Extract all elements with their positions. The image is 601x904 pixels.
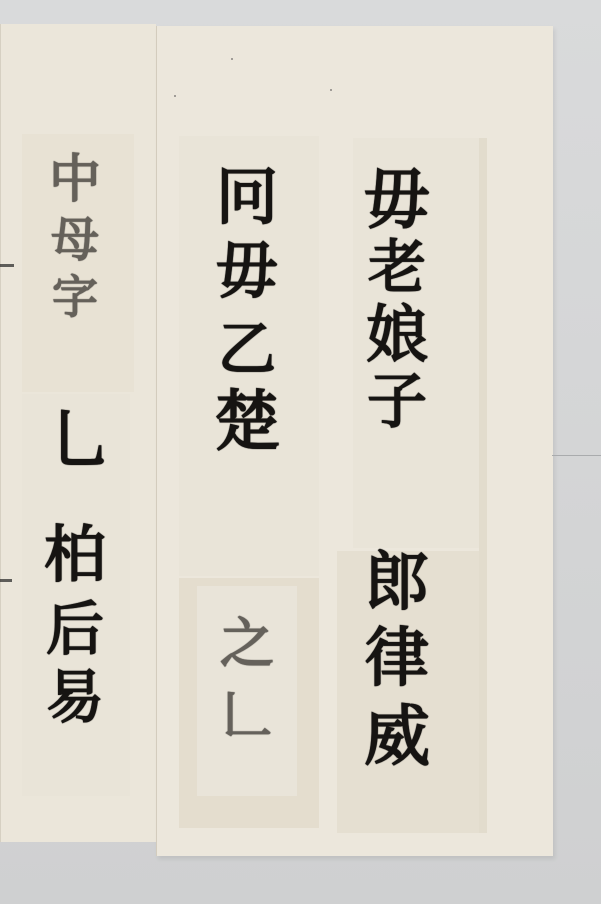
paper-speck <box>231 58 233 60</box>
character: 律 <box>365 627 429 691</box>
left-album-page: 中 母 字 乚 柏 后 易 <box>0 24 156 842</box>
character: 冋 <box>216 166 278 228</box>
character: 中 <box>49 154 101 206</box>
character: 老 <box>368 238 426 296</box>
background-fold-line <box>552 455 601 456</box>
character: 母 <box>51 216 99 264</box>
character: 乚 <box>48 409 112 473</box>
paper-speck <box>330 89 332 91</box>
character: 楚 <box>214 388 280 454</box>
character: 毋 <box>216 240 278 302</box>
character: 乙 <box>218 320 276 378</box>
character: 𠃊 <box>222 690 272 740</box>
character: 郎 <box>365 551 429 615</box>
character: 字 <box>52 274 98 320</box>
right-album-page: 毋 老 娘 子 郎 律 威 冋 毋 乙 楚 之 𠃊 <box>156 26 553 856</box>
character: 威 <box>364 703 430 769</box>
character: 柏 <box>44 524 106 586</box>
left-column-upper: 中 母 字 <box>30 154 120 320</box>
edge-ink-mark <box>0 579 12 582</box>
right-column-lower: 郎 律 威 <box>337 551 457 769</box>
character: 之 <box>220 616 274 670</box>
panel-edge-strip <box>479 138 487 833</box>
paper-speck <box>174 95 176 97</box>
character: 子 <box>367 372 427 432</box>
right-column-upper: 毋 老 娘 子 <box>347 166 447 432</box>
character: 易 <box>46 668 104 726</box>
edge-ink-mark <box>0 264 14 267</box>
character: 娘 <box>366 304 428 366</box>
left-column-middle: 乚 <box>30 409 130 473</box>
character: 毋 <box>364 166 430 232</box>
left-column-upper: 冋 毋 乙 楚 <box>187 166 307 454</box>
character: 后 <box>46 600 104 658</box>
left-column-lower: 之 𠃊 <box>197 616 297 740</box>
left-column-lower: 柏 后 易 <box>25 524 125 726</box>
